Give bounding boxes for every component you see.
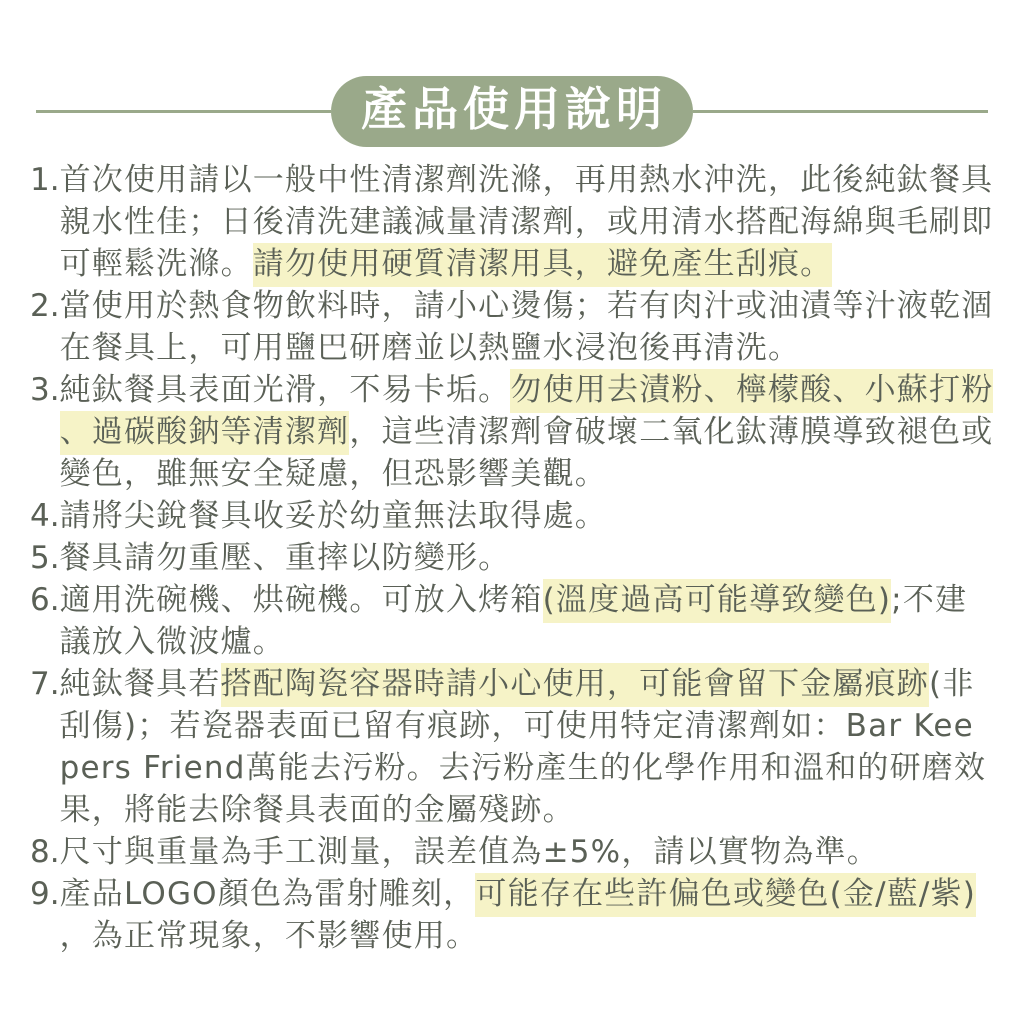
item-number: 6. [30,579,60,663]
title-header: 產品使用說明 [0,76,1024,147]
title-rule-right [693,110,988,113]
plain-text: 請將尖銳餐具收妥於幼童無法取得處。 [60,498,607,534]
plain-text: 純鈦餐具若 [60,666,221,702]
item-number: 8. [30,831,60,873]
highlighted-text: 請勿使用硬質清潔用具，避免產生刮痕。 [253,243,833,287]
highlighted-text: 可能存在些許偏色或變色(金/藍/紫) [475,873,976,917]
instruction-item-9: 9.產品LOGO顏色為雷射雕刻，可能存在些許偏色或變色(金/藍/紫)，為正常現象… [30,873,994,957]
instruction-item-3: 3.純鈦餐具表面光滑，不易卡垢。勿使用去漬粉、檸檬酸、小蘇打粉、過碳酸鈉等清潔劑… [30,369,994,495]
item-number: 7. [30,663,60,831]
plain-text: 適用洗碗機、烘碗機。可放入烤箱 [60,582,543,618]
plain-text: 餐具請勿重壓、重摔以防變形。 [60,540,511,576]
plain-text: 尺寸與重量為手工測量，誤差值為±5%，請以實物為準。 [60,834,879,870]
item-text: 首次使用請以一般中性清潔劑洗滌，再用熱水沖洗，此後純鈦餐具親水性佳；日後清洗建議… [60,159,994,285]
plain-text: 產品LOGO顏色為雷射雕刻， [60,876,476,912]
plain-text: 當使用於熱食物飲料時，請小心燙傷；若有肉汁或油漬等汁液乾涸在餐具上，可用鹽巴研磨… [60,288,994,366]
item-text: 適用洗碗機、烘碗機。可放入烤箱(溫度過高可能導致變色);不建議放入微波爐。 [60,579,994,663]
instruction-item-7: 7.純鈦餐具若搭配陶瓷容器時請小心使用，可能會留下金屬痕跡(非刮傷)；若瓷器表面… [30,663,994,831]
item-number: 3. [30,369,60,495]
item-number: 5. [30,537,60,579]
item-number: 2. [30,285,60,369]
highlighted-text: 搭配陶瓷容器時請小心使用，可能會留下金屬痕跡 [221,663,929,707]
plain-text: 純鈦餐具表面光滑，不易卡垢。 [60,372,511,408]
instruction-list: 1.首次使用請以一般中性清潔劑洗滌，再用熱水沖洗，此後純鈦餐具親水性佳；日後清洗… [0,159,1024,957]
instruction-item-1: 1.首次使用請以一般中性清潔劑洗滌，再用熱水沖洗，此後純鈦餐具親水性佳；日後清洗… [30,159,994,285]
page-title: 產品使用說明 [361,82,667,136]
title-badge: 產品使用說明 [331,76,693,147]
item-text: 餐具請勿重壓、重摔以防變形。 [60,537,994,579]
item-text: 尺寸與重量為手工測量，誤差值為±5%，請以實物為準。 [60,831,994,873]
highlighted-text: (溫度過高可能導致變色) [543,579,892,623]
title-rule-left [36,110,331,113]
instruction-item-4: 4.請將尖銳餐具收妥於幼童無法取得處。 [30,495,994,537]
item-text: 純鈦餐具表面光滑，不易卡垢。勿使用去漬粉、檸檬酸、小蘇打粉、過碳酸鈉等清潔劑，這… [60,369,994,495]
item-text: 當使用於熱食物飲料時，請小心燙傷；若有肉汁或油漬等汁液乾涸在餐具上，可用鹽巴研磨… [60,285,994,369]
instruction-sheet: 產品使用說明 1.首次使用請以一般中性清潔劑洗滌，再用熱水沖洗，此後純鈦餐具親水… [0,0,1024,1024]
plain-text: ，為正常現象，不影響使用。 [60,918,479,954]
item-number: 9. [30,873,60,957]
item-text: 純鈦餐具若搭配陶瓷容器時請小心使用，可能會留下金屬痕跡(非刮傷)；若瓷器表面已留… [60,663,994,831]
instruction-item-6: 6.適用洗碗機、烘碗機。可放入烤箱(溫度過高可能導致變色);不建議放入微波爐。 [30,579,994,663]
instruction-item-5: 5.餐具請勿重壓、重摔以防變形。 [30,537,994,579]
item-number: 1. [30,159,60,285]
item-text: 產品LOGO顏色為雷射雕刻，可能存在些許偏色或變色(金/藍/紫)，為正常現象，不… [60,873,994,957]
item-number: 4. [30,495,60,537]
instruction-item-8: 8.尺寸與重量為手工測量，誤差值為±5%，請以實物為準。 [30,831,994,873]
item-text: 請將尖銳餐具收妥於幼童無法取得處。 [60,495,994,537]
instruction-item-2: 2.當使用於熱食物飲料時，請小心燙傷；若有肉汁或油漬等汁液乾涸在餐具上，可用鹽巴… [30,285,994,369]
